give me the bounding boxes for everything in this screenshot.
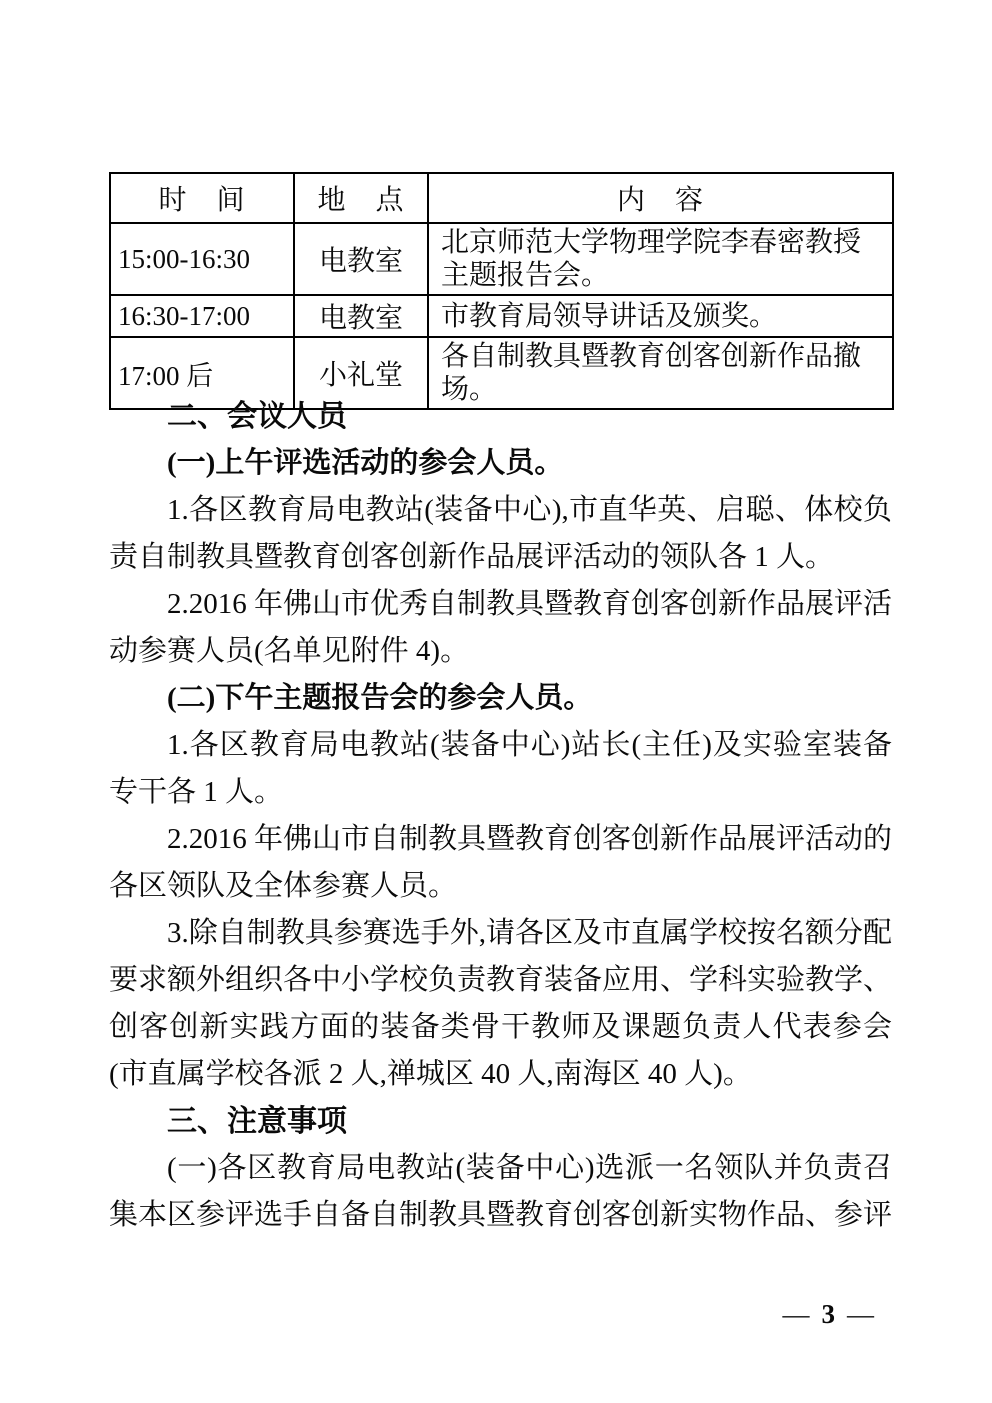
table-header-location: 地 点 [294, 173, 428, 223]
heading-2-meeting-personnel: 二、会议人员 [109, 393, 892, 440]
footer-dash-right: — [847, 1299, 874, 1329]
table-row: 16:30-17:00 电教室 市教育局领导讲话及颁奖。 [110, 295, 893, 337]
document-body: 二、会议人员 (一)上午评选活动的参会人员。 1.各区教育局电教站(装备中心),… [109, 393, 892, 1239]
table-header-content: 内 容 [428, 173, 893, 223]
paragraph-morning-2: 2.2016 年佛山市优秀自制教具暨教育创客创新作品展评活动参赛人员(名单见附件… [109, 581, 892, 675]
document-page: 时 间 地 点 内 容 15:00-16:30 电教室 北京师范大学物理学院李春… [0, 0, 992, 1403]
cell-content: 市教育局领导讲话及颁奖。 [428, 295, 893, 337]
heading-3-notes: 三、注意事项 [109, 1098, 892, 1145]
table-row: 15:00-16:30 电教室 北京师范大学物理学院李春密教授主题报告会。 [110, 223, 893, 295]
table-header-row: 时 间 地 点 内 容 [110, 173, 893, 223]
subheading-morning-participants: (一)上午评选活动的参会人员。 [109, 440, 892, 487]
paragraph-notes-1: (一)各区教育局电教站(装备中心)选派一名领队并负责召集本区参评选手自备自制教具… [109, 1145, 892, 1239]
cell-time: 15:00-16:30 [110, 223, 294, 295]
paragraph-morning-1: 1.各区教育局电教站(装备中心),市直华英、启聪、体校负责自制教具暨教育创客创新… [109, 487, 892, 581]
cell-time: 16:30-17:00 [110, 295, 294, 337]
subheading-afternoon-participants: (二)下午主题报告会的参会人员。 [109, 675, 892, 722]
cell-location: 电教室 [294, 223, 428, 295]
table-header-time: 时 间 [110, 173, 294, 223]
schedule-table: 时 间 地 点 内 容 15:00-16:30 电教室 北京师范大学物理学院李春… [109, 172, 894, 410]
cell-content: 北京师范大学物理学院李春密教授主题报告会。 [428, 223, 893, 295]
footer-dash-left: — [783, 1299, 810, 1329]
paragraph-afternoon-2: 2.2016 年佛山市自制教具暨教育创客创新作品展评活动的各区领队及全体参赛人员… [109, 816, 892, 910]
page-number: 3 [822, 1299, 836, 1329]
paragraph-afternoon-1: 1.各区教育局电教站(装备中心)站长(主任)及实验室装备专干各 1 人。 [109, 722, 892, 816]
cell-location: 电教室 [294, 295, 428, 337]
page-footer: —3— [0, 1299, 874, 1330]
paragraph-afternoon-3: 3.除自制教具参赛选手外,请各区及市直属学校按名额分配要求额外组织各中小学校负责… [109, 910, 892, 1098]
